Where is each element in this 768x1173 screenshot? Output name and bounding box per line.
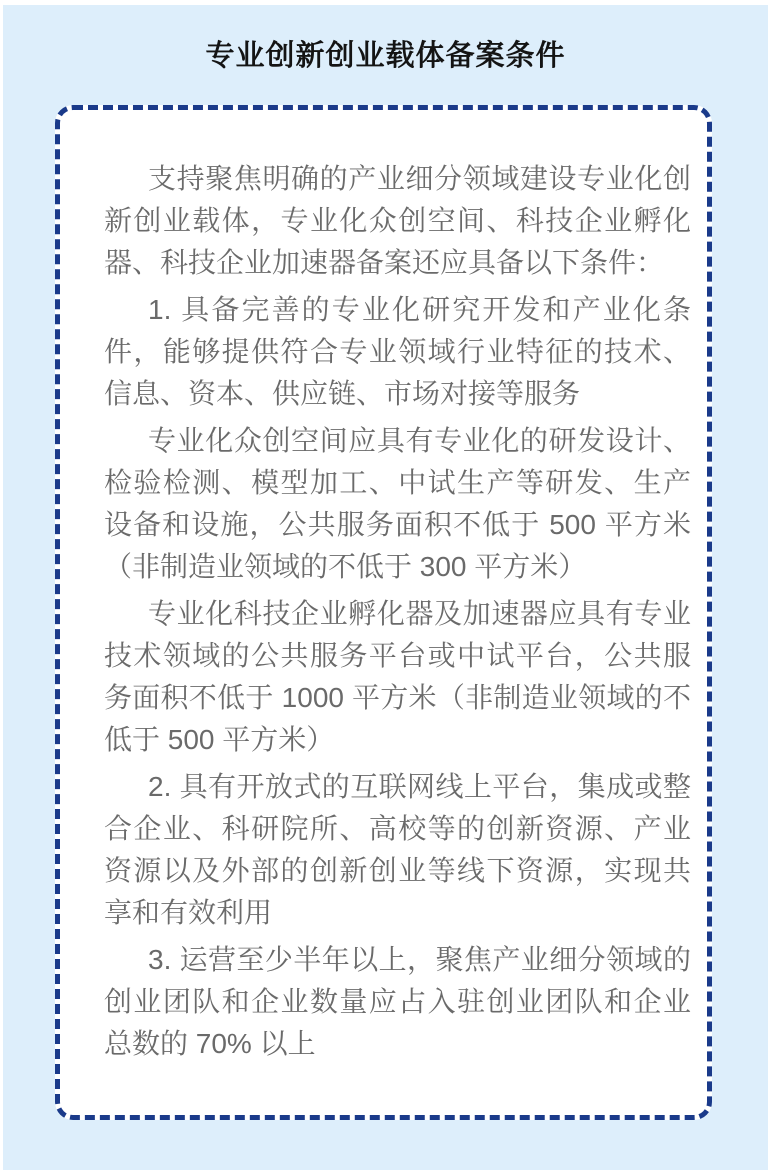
paragraph-incubator-requirement: 专业化科技企业孵化器及加速器应具有专业技术领域的公共服务平台或中试平台，公共服务…: [104, 593, 691, 761]
paragraph-condition-2: 2. 具有开放式的互联网线上平台，集成或整合企业、科研院所、高校等的创新资源、产…: [104, 766, 691, 934]
page-title: 专业创新创业载体备案条件: [3, 33, 768, 74]
paragraph-makerspace-requirement: 专业化众创空间应具有专业化的研发设计、检验检测、模型加工、中试生产等研发、生产设…: [104, 420, 691, 588]
paragraph-condition-1: 1. 具备完善的专业化研究开发和产业化条件，能够提供符合专业领域行业特征的技术、…: [104, 289, 691, 415]
paragraph-intro: 支持聚焦明确的产业细分领域建设专业化创新创业载体，专业化众创空间、科技企业孵化器…: [104, 158, 691, 284]
paragraph-condition-3: 3. 运营至少半年以上，聚焦产业细分领域的创业团队和企业数量应占入驻创业团队和企…: [104, 939, 691, 1065]
content-card: 支持聚焦明确的产业细分领域建设专业化创新创业载体，专业化众创空间、科技企业孵化器…: [55, 105, 712, 1120]
page-background: 专业创新创业载体备案条件 支持聚焦明确的产业细分领域建设专业化创新创业载体，专业…: [3, 5, 768, 1170]
